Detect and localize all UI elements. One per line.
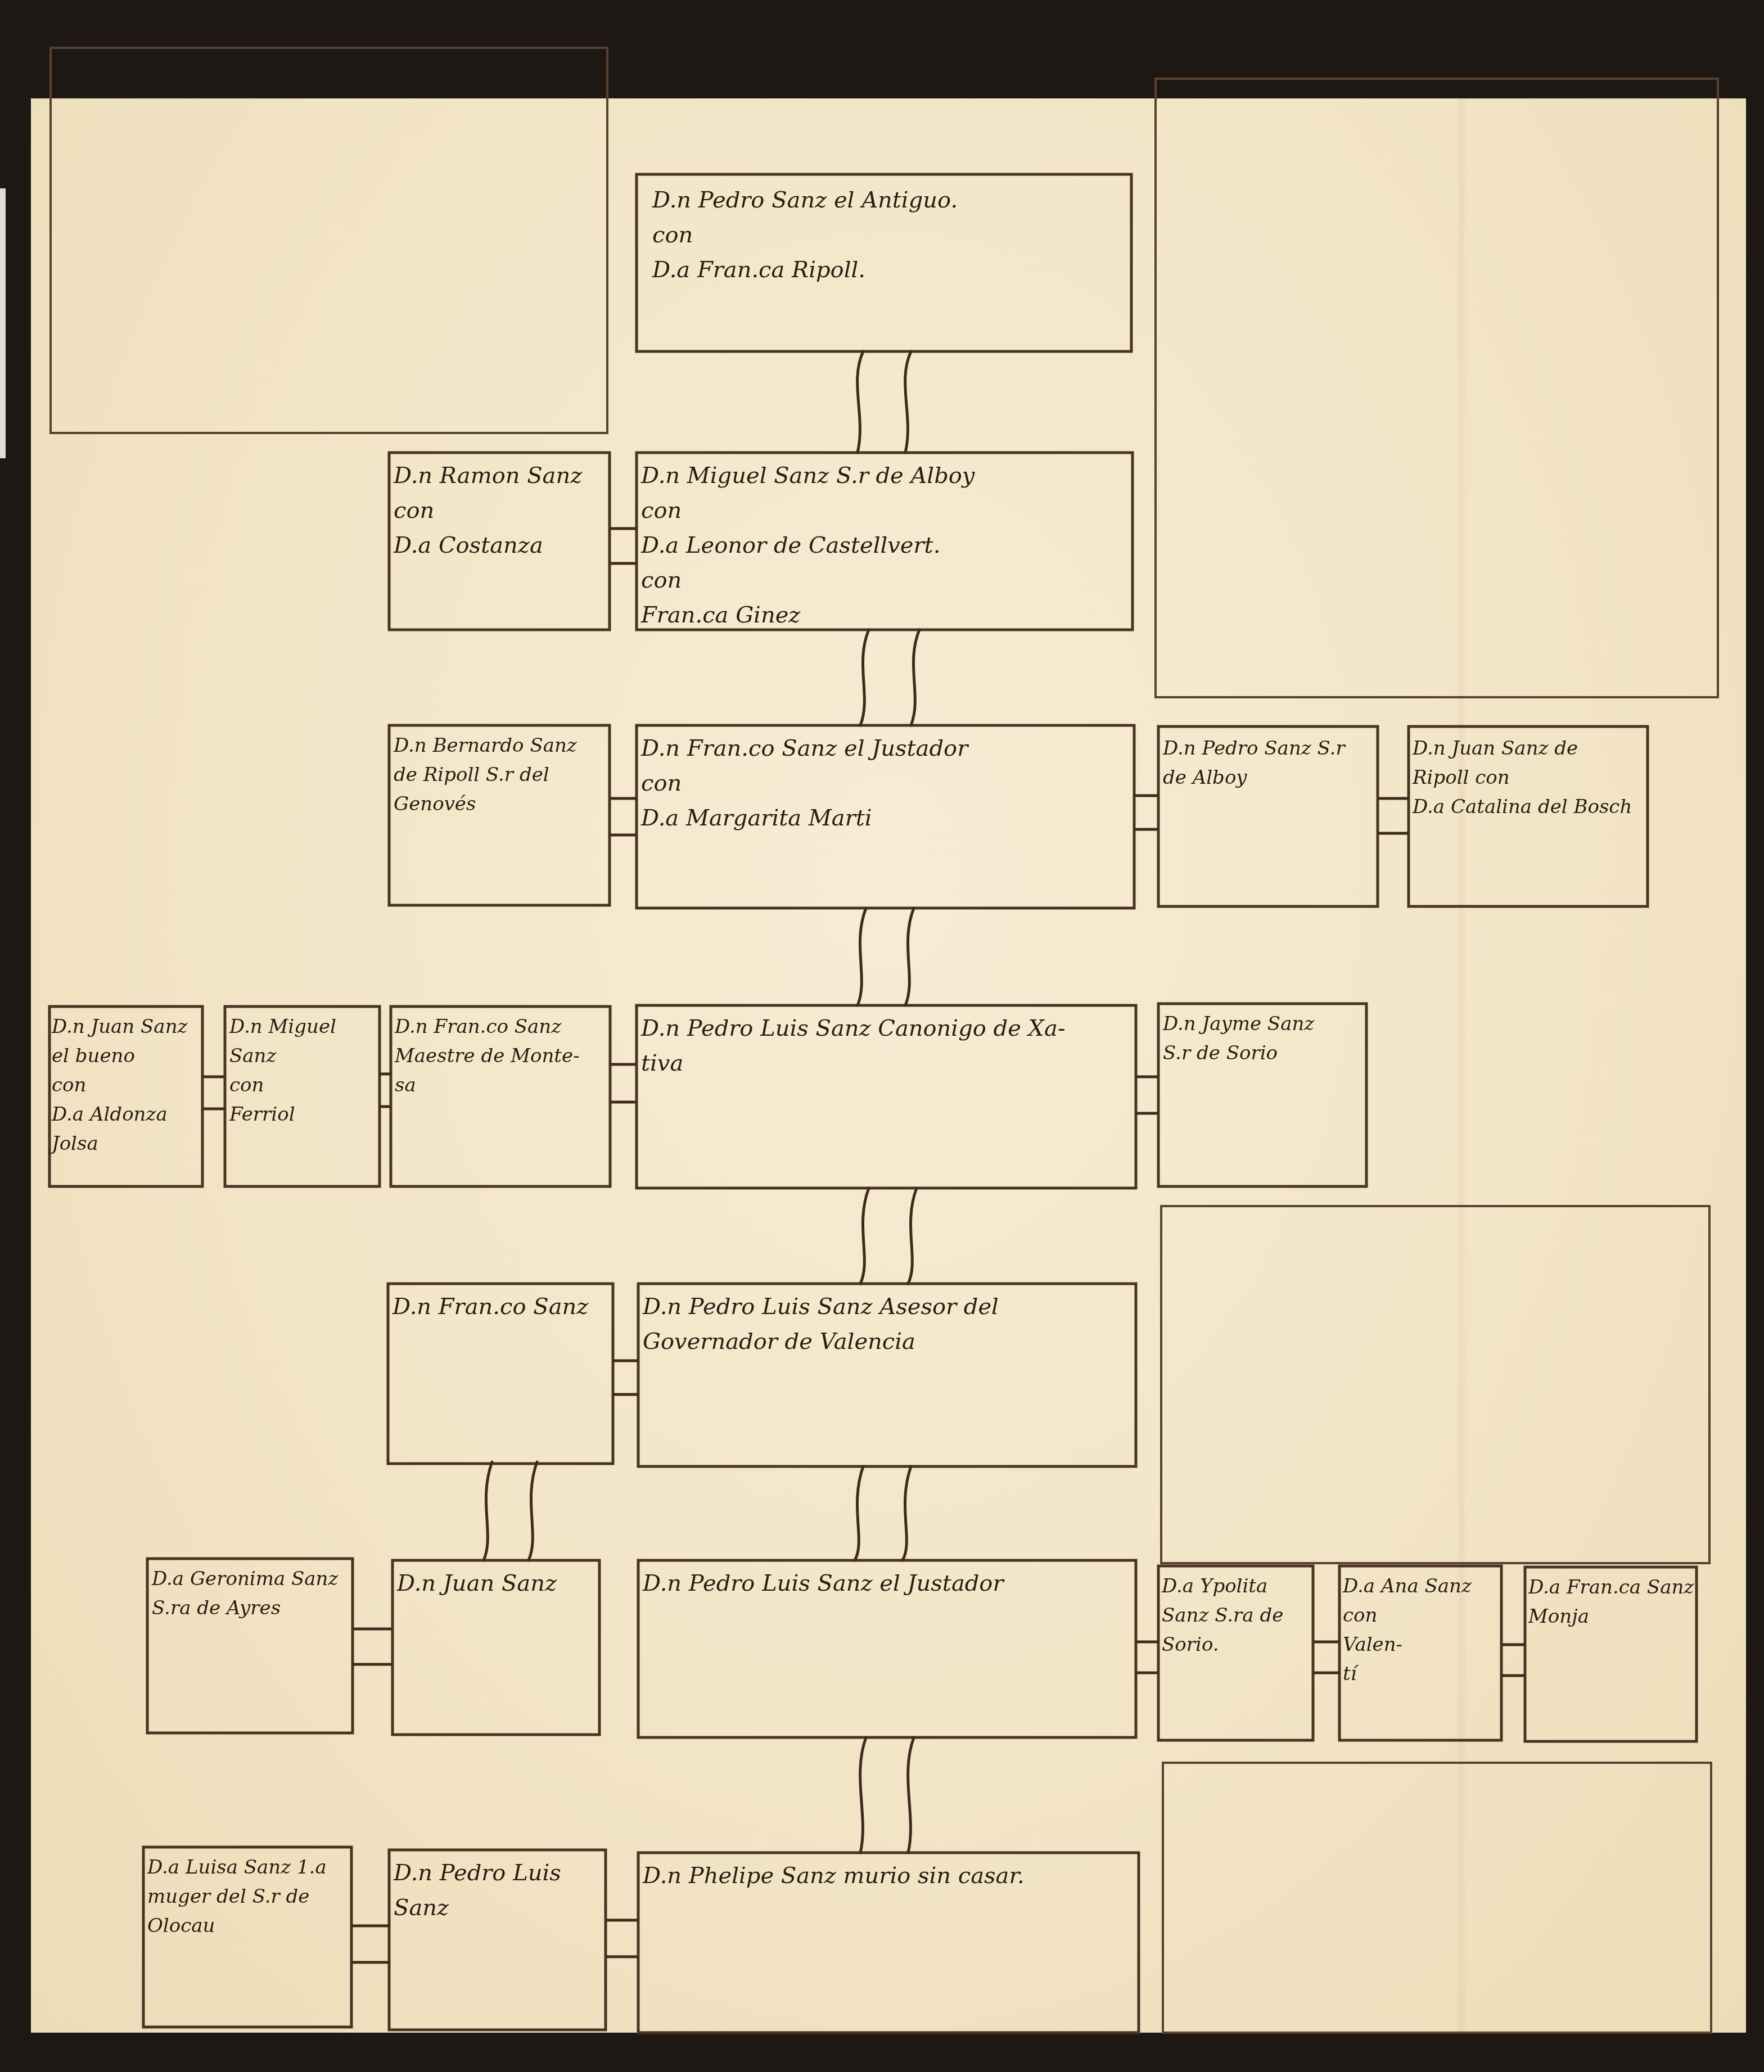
entry-juan-sanz: D.n Juan Sanz [397,1566,597,1601]
entry-pedro-luis-justador: D.n Pedro Luis Sanz el Justador [643,1566,1132,1601]
empty-frame-mid-right [1161,1206,1709,1563]
entry-miguel-sanz: D.n Miguel Sanz S.r de Alboy con D.a Leo… [641,458,1125,633]
entry-bernardo-sanz: D.n Bernardo Sanz de Ripoll S.r del Geno… [394,731,607,819]
entry-francisco-sanz: D.n Fran.co Sanz [392,1289,609,1324]
entry-ramon-sanz: D.n Ramon Sanz con D.a Costanza [394,458,604,563]
entry-juan-sanz-bueno: D.n Juan Sanz el bueno con D.a Aldonza J… [52,1012,201,1158]
entry-ypolita-sanz: D.a Ypolita Sanz S.ra de Sorio. [1162,1572,1311,1659]
entry-pedro-sanz-alboy: D.n Pedro Sanz S.r de Alboy [1163,734,1371,792]
entry-geronima-sanz: D.a Geronima Sanz S.ra de Ayres [152,1564,350,1623]
entry-francisco-montesa: D.n Fran.co Sanz Maestre de Monte- sa [395,1012,608,1100]
empty-frame-bottom-right [1163,1763,1711,2033]
entry-jayme-sanz: D.n Jayme Sanz S.r de Sorio [1163,1009,1363,1068]
entry-francisca-monja: D.a Fran.ca Sanz Monja [1528,1573,1694,1631]
entry-juan-sanz-ripoll: D.n Juan Sanz de Ripoll con D.a Catalina… [1413,734,1643,821]
entry-luisa-sanz: D.a Luisa Sanz 1.a muger del S.r de Oloc… [147,1853,349,1940]
empty-frame-top-left [51,48,607,433]
entry-francisco-justador: D.n Fran.co Sanz el Justador con D.a Mar… [641,731,1125,836]
entry-pedro-luis-canonigo: D.n Pedro Luis Sanz Canonigo de Xa- tiva [641,1011,1130,1081]
entry-ana-sanz: D.a Ana Sanz con Valen- tí [1343,1572,1499,1689]
entry-phelipe-sanz: D.n Phelipe Sanz murio sin casar. [643,1858,1135,1893]
entry-pedro-luis-asesor: D.n Pedro Luis Sanz Asesor del Governado… [643,1289,1129,1359]
entry-pedro-luis-sanz: D.n Pedro Luis Sanz [394,1856,603,1925]
entry-pedro-sanz-antiguo: D.n Pedro Sanz el Antiguo. con D.a Fran.… [652,183,1125,287]
entry-miguel-sanz-ferriol: D.n Miguel Sanz con Ferriol [229,1012,377,1129]
empty-frame-top-right [1156,79,1718,697]
